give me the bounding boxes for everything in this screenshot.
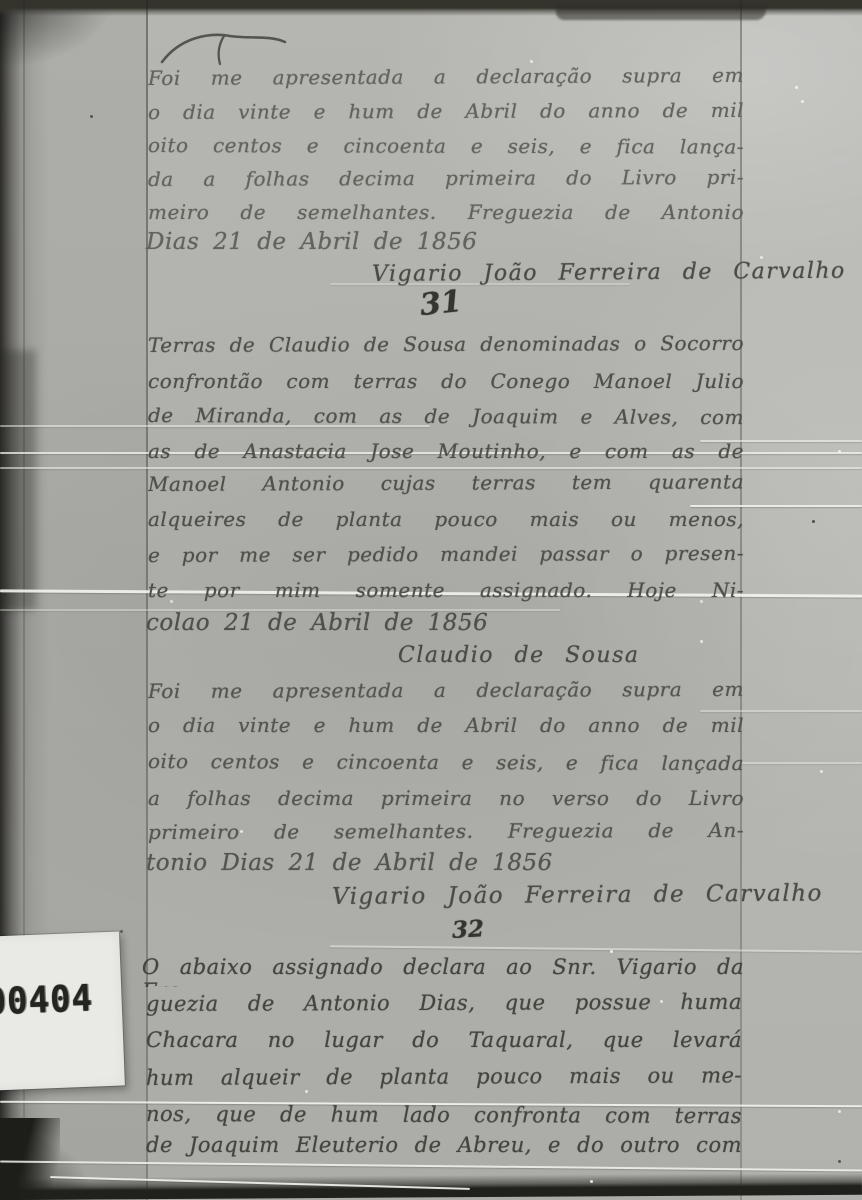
dark-specks bbox=[812, 520, 815, 523]
scratch-line bbox=[740, 762, 862, 764]
manuscript-line: oito centos e cincoenta e seis, e fica l… bbox=[148, 749, 744, 775]
fold-line bbox=[0, 1160, 862, 1171]
manuscript-line: tonio Dias 21 de Abril de 1856 bbox=[146, 850, 553, 876]
manuscript-line: nos, que de hum lado confronta com terra… bbox=[146, 1102, 742, 1128]
manuscript-line: confrontão com terras do Conego Manoel J… bbox=[148, 369, 744, 393]
manuscript-line: a folhas decima primeira no verso do Liv… bbox=[148, 786, 744, 810]
scratch-line bbox=[330, 945, 862, 953]
manuscript-line: O abaixo assignado declara ao Snr. Vigar… bbox=[142, 955, 744, 987]
archive-stamp-number: 00404 bbox=[0, 977, 94, 1024]
manuscript-line: alqueires de planta pouco mais ou menos, bbox=[148, 507, 744, 531]
manuscript-line: da a folhas decima primeira do Livro pri… bbox=[148, 165, 744, 191]
manuscript-line: hum alqueir de planta pouco mais ou me- bbox=[146, 1063, 742, 1090]
manuscript-line: Foi me apresentada a declaração supra em bbox=[148, 63, 744, 90]
manuscript-line: meiro de semelhantes. Freguezia de Anton… bbox=[148, 200, 744, 224]
manuscript-line: Chacara no lugar do Taquaral, que levará bbox=[146, 1028, 742, 1052]
manuscript-line: Foi me apresentada a declaração supra em bbox=[148, 677, 744, 703]
manuscript-line: de Miranda, com as de Joaquim e Alves, c… bbox=[148, 403, 744, 429]
manuscript-line: as de Anastacia Jose Moutinho, e com as … bbox=[148, 439, 744, 463]
manuscript-line: e por me ser pedido mandei passar o pres… bbox=[148, 541, 744, 567]
manuscript-line: de Joaquim Eleuterio de Abreu, e do outr… bbox=[146, 1133, 742, 1157]
manuscript-line: guezia de Antonio Dias, que possue huma bbox=[146, 990, 742, 1016]
manuscript-line: o dia vinte e hum de Abril do anno de mi… bbox=[148, 98, 744, 124]
manuscript-line: te por mim somente assignado. Hoje Ni- bbox=[148, 578, 744, 602]
signature-line: Claudio de Sousa bbox=[398, 643, 640, 668]
manuscript-line: Terras de Claudio de Sousa denominadas o… bbox=[148, 331, 744, 357]
bottom-left-corner-shadow bbox=[0, 1118, 60, 1200]
left-edge-blotch bbox=[0, 350, 36, 610]
entry-number: 31 bbox=[418, 284, 463, 323]
manuscript-line: Manoel Antonio cujas terras tem quarenta bbox=[148, 469, 744, 496]
manuscript-line: colao 21 de Abril de 1856 bbox=[146, 610, 488, 636]
paper-specks bbox=[795, 86, 798, 89]
scanned-manuscript-page: Foi me apresentada a declaração supra em… bbox=[0, 0, 862, 1200]
scratch-line bbox=[700, 710, 862, 712]
manuscript-line: o dia vinte e hum de Abril do anno de mi… bbox=[148, 713, 744, 737]
archive-stamp-label: 00404 bbox=[0, 932, 125, 1091]
manuscript-line: oito centos e cincoenta e seis, e fica l… bbox=[148, 133, 744, 159]
signature-line: Vigario João Ferreira de Carvalho bbox=[332, 881, 823, 910]
manuscript-line: Dias 21 de Abril de 1856 bbox=[146, 229, 477, 255]
manuscript-line: primeiro de semelhantes. Freguezia de An… bbox=[148, 818, 744, 844]
signature-line: Vigario João Ferreira de Carvalho bbox=[372, 259, 846, 287]
entry-number: 32 bbox=[451, 915, 484, 944]
top-edge-shadow-bump bbox=[556, 6, 766, 20]
